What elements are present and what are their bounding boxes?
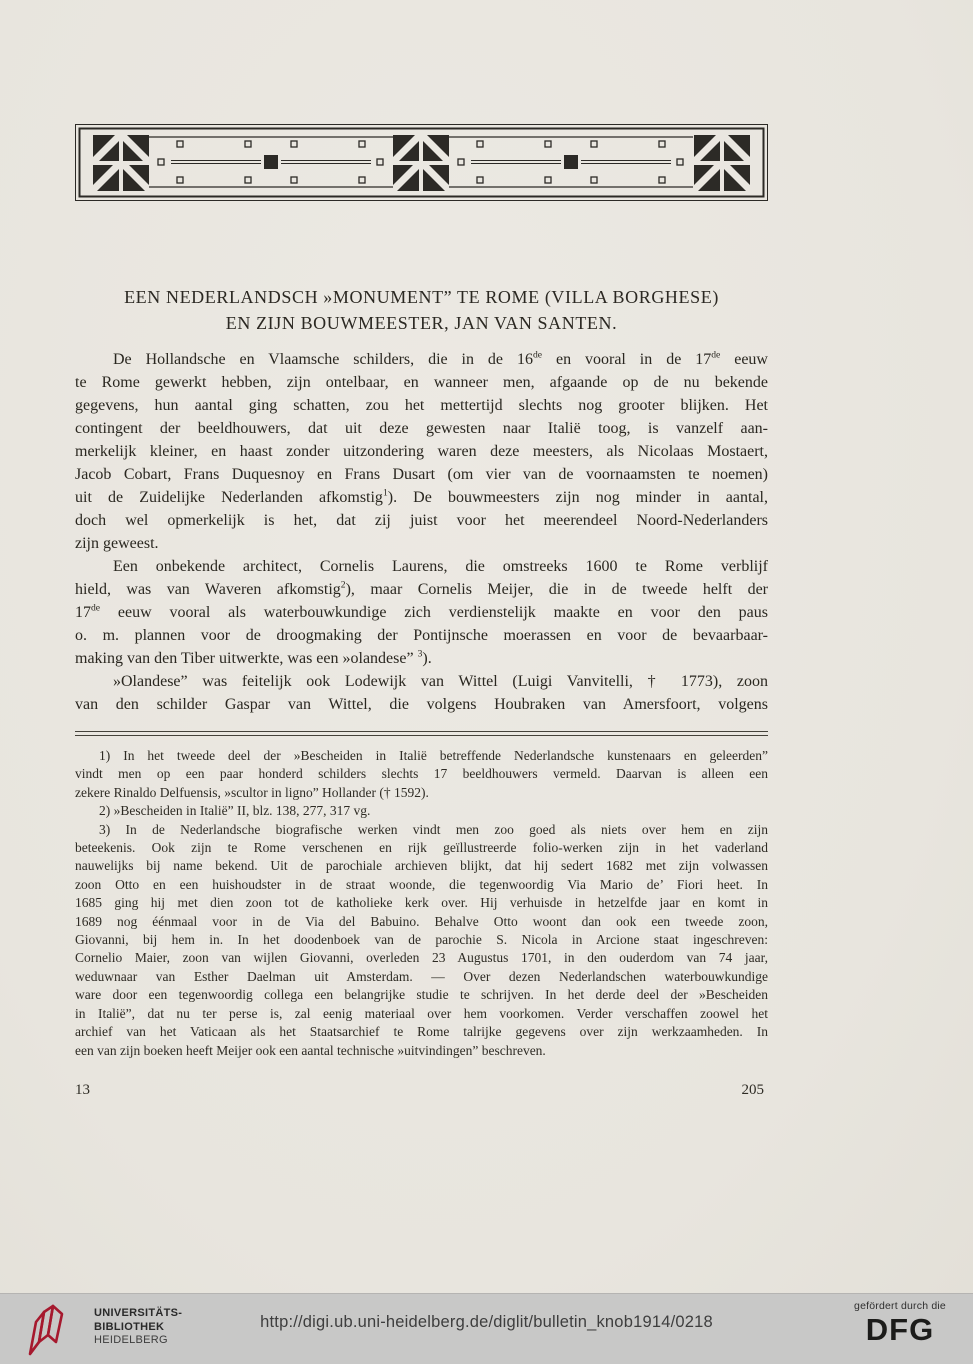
paragraph: Een onbekende architect, Cornelis Lauren… (75, 555, 768, 670)
text-line: doch wel opmerkelijk is het, dat zij jui… (75, 509, 768, 532)
digitization-footer-bar: UNIVERSITÄTS- BIBLIOTHEK HEIDELBERG http… (0, 1293, 973, 1364)
text-line: zoon Otto en een huishoudster in de stra… (75, 876, 768, 894)
paragraph: 3) In de Nederlandsche biografische werk… (75, 821, 768, 1060)
text-line: »Olandese” was feitelijk ook Lodewijk va… (75, 670, 768, 693)
ornament-band-icon (75, 124, 768, 201)
text-line: te Rome gewerkt hebben, zijn ontelbaar, … (75, 371, 768, 394)
paragraph: 2) »Bescheiden in Italië” II, blz. 138, … (75, 802, 768, 820)
paragraph: 1) In het tweede deel der »Bescheiden in… (75, 747, 768, 802)
text-line: 2) »Bescheiden in Italië” II, blz. 138, … (75, 802, 768, 820)
text-line: De Hollandsche en Vlaamsche schilders, d… (75, 348, 768, 371)
article-title-line1: EEN NEDERLANDSCH »MONUMENT” TE ROME (VIL… (75, 287, 768, 308)
scanned-paper-page: EEN NEDERLANDSCH »MONUMENT” TE ROME (VIL… (0, 0, 973, 1293)
footnotes: 1) In het tweede deel der »Bescheiden in… (75, 747, 768, 1060)
scanned-document-page: { "document": { "title_line1": "EEN NEDE… (0, 0, 973, 1364)
text-line: 1689 nog éénmaal voor in de Via del Babu… (75, 913, 768, 931)
dfg-logo: DFG (845, 1315, 955, 1345)
text-line: contingent der beeldhouwers, dat uit dez… (75, 417, 768, 440)
text-line: merkelijk kleiner, en haast zonder uitzo… (75, 440, 768, 463)
sheet-number: 13 (75, 1082, 90, 1099)
text-line: uit de Zuidelijke Nederlanden afkomstig1… (75, 486, 768, 509)
text-line: in Italië”, dat nu ter perse is, zal een… (75, 1005, 768, 1023)
dfg-funding-block: gefördert durch die DFG (845, 1300, 955, 1345)
text-line: Cornelio Maier, zoon van wijlen Giovanni… (75, 949, 768, 967)
text-line: gegevens, hun aantal ging schatten, zou … (75, 394, 768, 417)
text-line: Een onbekende architect, Cornelis Lauren… (75, 555, 768, 578)
text-line: 1685 ging hij met dien zoon tot de katho… (75, 894, 768, 912)
digitized-page-url[interactable]: http://digi.ub.uni-heidelberg.de/diglit/… (0, 1313, 973, 1332)
text-line: ware door een tegenwoordig collega een b… (75, 986, 768, 1004)
paragraph: »Olandese” was feitelijk ook Lodewijk va… (75, 670, 768, 716)
text-line: van den schilder Gaspar van Wittel, die … (75, 693, 768, 716)
text-line: vindt men op een paar honderd schilders … (75, 765, 768, 783)
text-line: 17de eeuw vooral als waterbouwkundige zi… (75, 601, 768, 624)
library-name-line3: HEIDELBERG (94, 1334, 182, 1348)
text-line: archief van het Vaticaan als het Staatsa… (75, 1023, 768, 1041)
text-line: beteekenis. Ook zijn te Rome verschenen … (75, 839, 768, 857)
article-title-line2: EN ZIJN BOUWMEESTER, JAN VAN SANTEN. (75, 313, 768, 334)
footnote-separator-rule (75, 731, 768, 736)
text-line: nauwelijks bij name bekend. Uit de paroc… (75, 857, 768, 875)
text-line: zekere Rinaldo Delfuensis, »scultor in l… (75, 784, 768, 802)
article-body: De Hollandsche en Vlaamsche schilders, d… (75, 348, 768, 716)
text-line: hield, was van Waveren afkomstig2), maar… (75, 578, 768, 601)
text-line: een van zijn boeken heeft Meijer ook een… (75, 1042, 768, 1060)
text-line: Jacob Cobart, Frans Duquesnoy en Frans D… (75, 463, 768, 486)
page-number: 205 (742, 1082, 765, 1099)
paragraph: De Hollandsche en Vlaamsche schilders, d… (75, 348, 768, 555)
text-line: o. m. plannen voor de droogmaking der Po… (75, 624, 768, 647)
text-line: 1) In het tweede deel der »Bescheiden in… (75, 747, 768, 765)
article-title: EEN NEDERLANDSCH »MONUMENT” TE ROME (VIL… (75, 287, 768, 334)
typographic-ornament (75, 124, 768, 206)
text-line: zijn geweest. (75, 532, 768, 555)
text-line: 3) In de Nederlandsche biografische werk… (75, 821, 768, 839)
text-line: making van den Tiber uitwerkte, was een … (75, 647, 768, 670)
dfg-tagline: gefördert durch die (845, 1300, 955, 1312)
text-line: Giovanni, bij hem in. In het doodenboek … (75, 931, 768, 949)
text-line: weduwnaar van Esther Daelman uit Amsterd… (75, 968, 768, 986)
heidelberg-library-logo-icon (20, 1302, 82, 1362)
